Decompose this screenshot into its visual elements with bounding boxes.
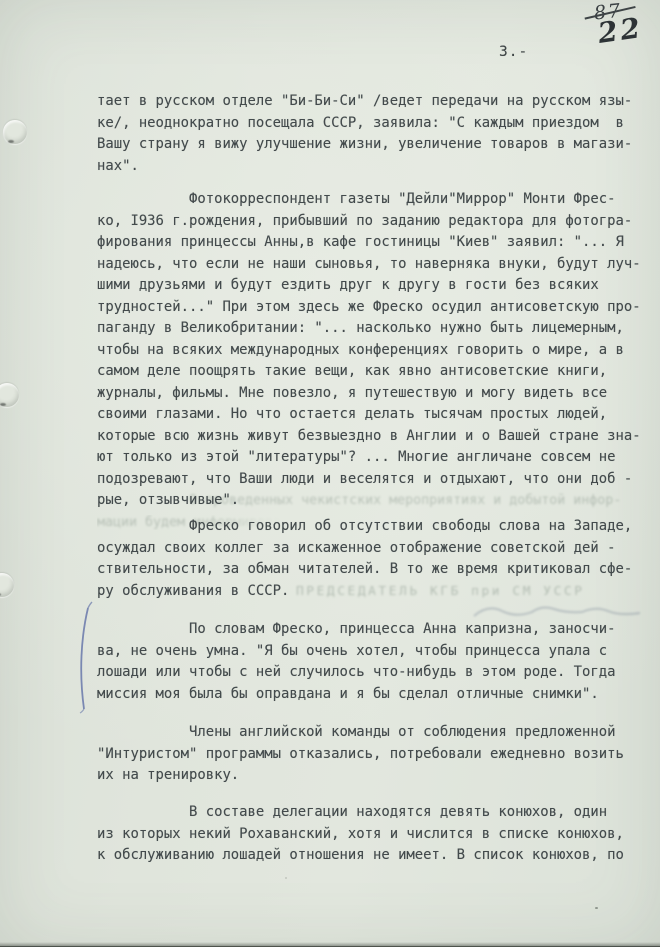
- punch-hole-bottom: [0, 573, 14, 597]
- paragraph-grooms-delegation: В составе делегации находятся девять кон…: [97, 802, 624, 867]
- paragraph-princess-anna: По словам Фреско, принцесса Анна капризн…: [97, 619, 616, 705]
- punch-hole-middle: [0, 383, 19, 407]
- typed-page-number: 3.-: [499, 44, 528, 60]
- scan-bottom-edge: [0, 942, 660, 947]
- punch-hole-top: [3, 120, 27, 144]
- paragraph-fresco-photographer: Фотокорреспондент газеты "Дейли"Миррор" …: [97, 189, 641, 512]
- paragraph-fresco-press-freedom: Фреско говорил об отсутствии свободы сло…: [97, 516, 632, 602]
- dust-speck: [595, 907, 598, 909]
- document-scan-page: О проведенных чекистских мероприятиях и …: [0, 0, 660, 947]
- margin-pen-mark: [72, 599, 98, 719]
- handwritten-sheet-number: 22: [596, 11, 645, 50]
- dust-speck: [285, 877, 287, 879]
- paragraph-english-team: Члены английской команды от соблюдения п…: [97, 722, 624, 787]
- paragraph-bbc-correspondent: тает в русском отделе "Би-Би-Си" /ведет …: [97, 91, 632, 177]
